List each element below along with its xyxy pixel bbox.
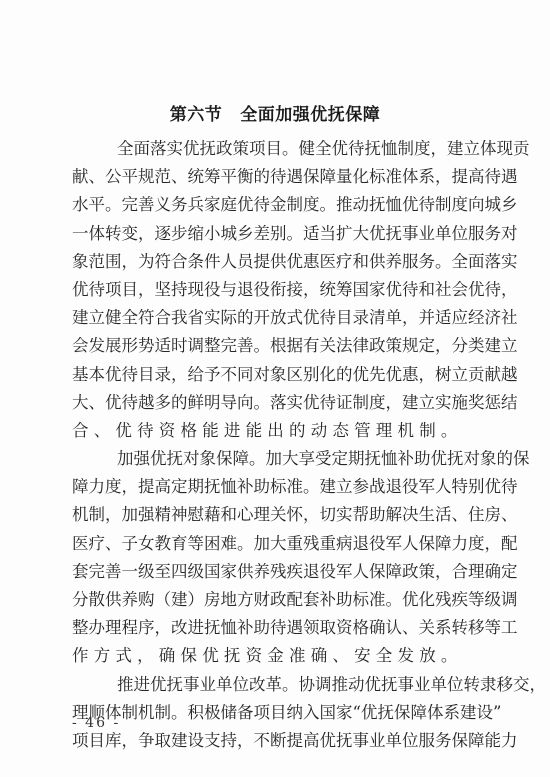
text-line: 建立健全符合我省实际的开放式优待目录清单，并适应经济社	[72, 304, 480, 332]
text-line: 机制，加强精神慰藉和心理关怀，切实帮助解决生活、住房、	[72, 501, 480, 529]
text-line: 象范围，为符合条件人员提供优惠医疗和供养服务。全面落实	[72, 248, 480, 276]
section-heading: 第六节全面加强优抚保障	[0, 100, 550, 125]
text-line: 理顺体制机制。积极储备项目纳入国家“优抚保障体系建设”	[72, 699, 480, 727]
text-line: 一体转变，逐步缩小城乡差别。适当扩大优抚事业单位服务对	[72, 220, 480, 248]
text-line: 会发展形势适时调整完善。根据有关法律政策规定，分类建立	[72, 332, 480, 360]
text-line: 作方式，确保优抚资金准确、安全发放。	[72, 642, 480, 670]
text-line: 分散供养购（建）房地方财政配套补助标准。优化残疾等级调	[72, 586, 480, 614]
text-line: 推进优抚事业单位改革。协调推动优抚事业单位转隶移交，	[72, 671, 480, 699]
text-line: 全面落实优抚政策项目。健全优待抚恤制度，建立体现贡	[72, 135, 480, 163]
text-line: 献、公平规范、统筹平衡的待遇保障量化标准体系，提高待遇	[72, 163, 480, 191]
text-line: 水平。完善义务兵家庭优待金制度。推动抚恤优待制度向城乡	[72, 191, 480, 219]
document-page: 第六节全面加强优抚保障 全面落实优抚政策项目。健全优待抚恤制度，建立体现贡 献、…	[0, 0, 550, 777]
section-number: 第六节	[170, 105, 223, 125]
text-line: 医疗、子女教育等困难。加大重残重病退役军人保障力度，配	[72, 530, 480, 558]
text-line: 合、优待资格能进能出的动态管理机制。	[72, 417, 480, 445]
text-line: 障力度，提高定期抚恤补助标准。建立参战退役军人特别优待	[72, 473, 480, 501]
text-line: 优待项目，坚持现役与退役衔接，统筹国家优待和社会优待，	[72, 276, 480, 304]
text-line: 大、优待越多的鲜明导向。落实优待证制度，建立实施奖惩结	[72, 389, 480, 417]
text-line: 套完善一级至四级国家供养残疾退役军人保障政策，合理确定	[72, 558, 480, 586]
page-number: - 46 -	[72, 715, 120, 731]
text-line: 加强优抚对象保障。加大享受定期抚恤补助优抚对象的保	[72, 445, 480, 473]
text-line: 项目库，争取建设支持，不断提高优抚事业单位服务保障能力	[72, 727, 480, 755]
section-title: 全面加强优抚保障	[240, 105, 380, 125]
text-line: 整办理程序，改进抚恤补助待遇领取资格确认、关系转移等工	[72, 614, 480, 642]
body-text: 全面落实优抚政策项目。健全优待抚恤制度，建立体现贡 献、公平规范、统筹平衡的待遇…	[72, 135, 480, 755]
text-line: 基本优待目录，给予不同对象区别化的优先优惠，树立贡献越	[72, 361, 480, 389]
